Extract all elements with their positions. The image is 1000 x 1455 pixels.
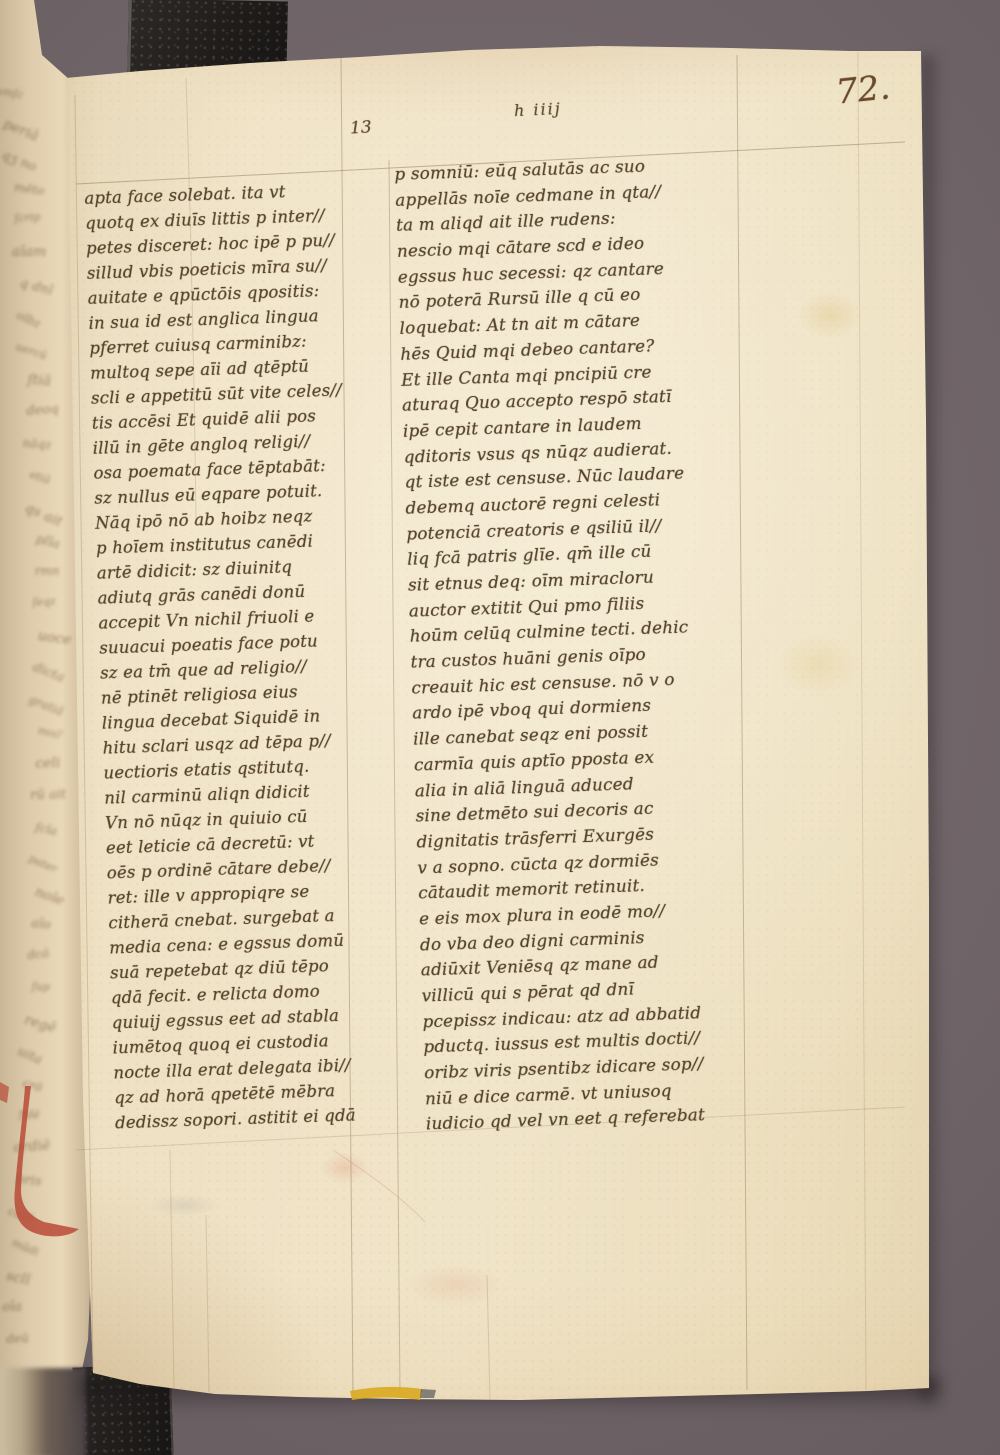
fore-edge-showthrough-text: ſtiā — [27, 372, 52, 389]
book-block-edge-shadow — [0, 1368, 86, 1455]
text-column-left: apta face solebat. ita vtquotq ex diuīs … — [84, 176, 407, 1135]
fore-edge-showthrough-text: ſcrip — [14, 210, 41, 224]
fore-edge-showthrough-text: etiā — [28, 468, 52, 487]
fore-edge-showthrough-text: dcō — [27, 947, 50, 962]
fore-edge-showthrough-text: celi — [35, 755, 61, 772]
fore-edge-showthrough-text: aīam — [12, 244, 46, 260]
fore-edge-showthrough-text: sclī — [5, 1268, 32, 1289]
fore-edge-showthrough-text: ſcīa — [34, 820, 59, 838]
fore-edge-showthrough-text: mo// — [37, 724, 63, 741]
fore-edge-showthrough-text: qʒ no — [0, 148, 39, 175]
leaf-signature: 13 — [349, 117, 372, 138]
fore-edge-showthrough-text: deoq — [26, 402, 59, 419]
fore-edge-showthrough-text: crō — [22, 1076, 45, 1095]
fore-edge-showthrough-text: nāqz — [22, 436, 52, 452]
parchment-page: 72. 13 h iiij apta face solebat. ita vtq… — [0, 0, 1000, 1455]
fore-edge-showthrough-text: deū — [6, 1331, 29, 1346]
fore-edge-showthrough-text: cātū — [6, 1204, 36, 1226]
fore-edge-showthrough-text: oīa — [2, 1299, 22, 1315]
fore-edge-showthrough-text: periā — [1, 116, 41, 145]
fore-edge-showthrough-text: rmn — [35, 564, 60, 578]
quire-signature: h iiij — [514, 99, 563, 120]
fore-edge-showthrough-text: uoce — [37, 628, 72, 648]
fore-edge-showthrough-text: gratiā — [27, 692, 66, 719]
fore-edge-showthrough-text: uercū — [14, 340, 49, 362]
fore-edge-showthrough-text: umſc — [0, 84, 24, 102]
fore-edge-showthrough-text: regē — [22, 1012, 57, 1036]
fore-edge-showthrough-text: uita — [14, 1044, 43, 1068]
text-column-right: p somniū: eūq salutās ac suoappellās noī… — [394, 150, 786, 1138]
fore-edge-showthrough-text: q dnī — [18, 276, 54, 299]
fore-edge-showthrough-text: qs ait — [23, 500, 65, 530]
fore-edge-showthrough-text: mūdi — [10, 1236, 41, 1259]
manuscript-photo: umſcperiāqʒ nomētoſcripaīamq dnīoībzuerc… — [0, 0, 1000, 1455]
fore-edge-showthrough-text: oībz — [15, 308, 44, 331]
fore-edge-showthrough-text: aīo — [31, 916, 52, 933]
fore-edge-showthrough-text: dicta — [30, 660, 66, 686]
folio-number: 72. — [834, 67, 892, 112]
fore-edge-showthrough-text: bris — [16, 1172, 43, 1190]
fore-edge-showthrough-text: ordiē — [13, 1138, 51, 1156]
fore-edge-showthrough-text: mēto — [13, 180, 45, 198]
fore-edge-showthrough-text: pater — [27, 852, 60, 876]
fore-edge-showthrough-text: plīa — [34, 532, 61, 553]
fore-edge-showthrough-text: fidē — [19, 1108, 40, 1122]
fore-edge-showthrough-text: ſup — [32, 980, 51, 994]
fore-edge-showthrough-text: ſeqz — [32, 595, 56, 609]
fore-edge-showthrough-text: rū ait — [30, 787, 66, 803]
fore-edge-showthrough-text: noīe — [32, 884, 66, 909]
